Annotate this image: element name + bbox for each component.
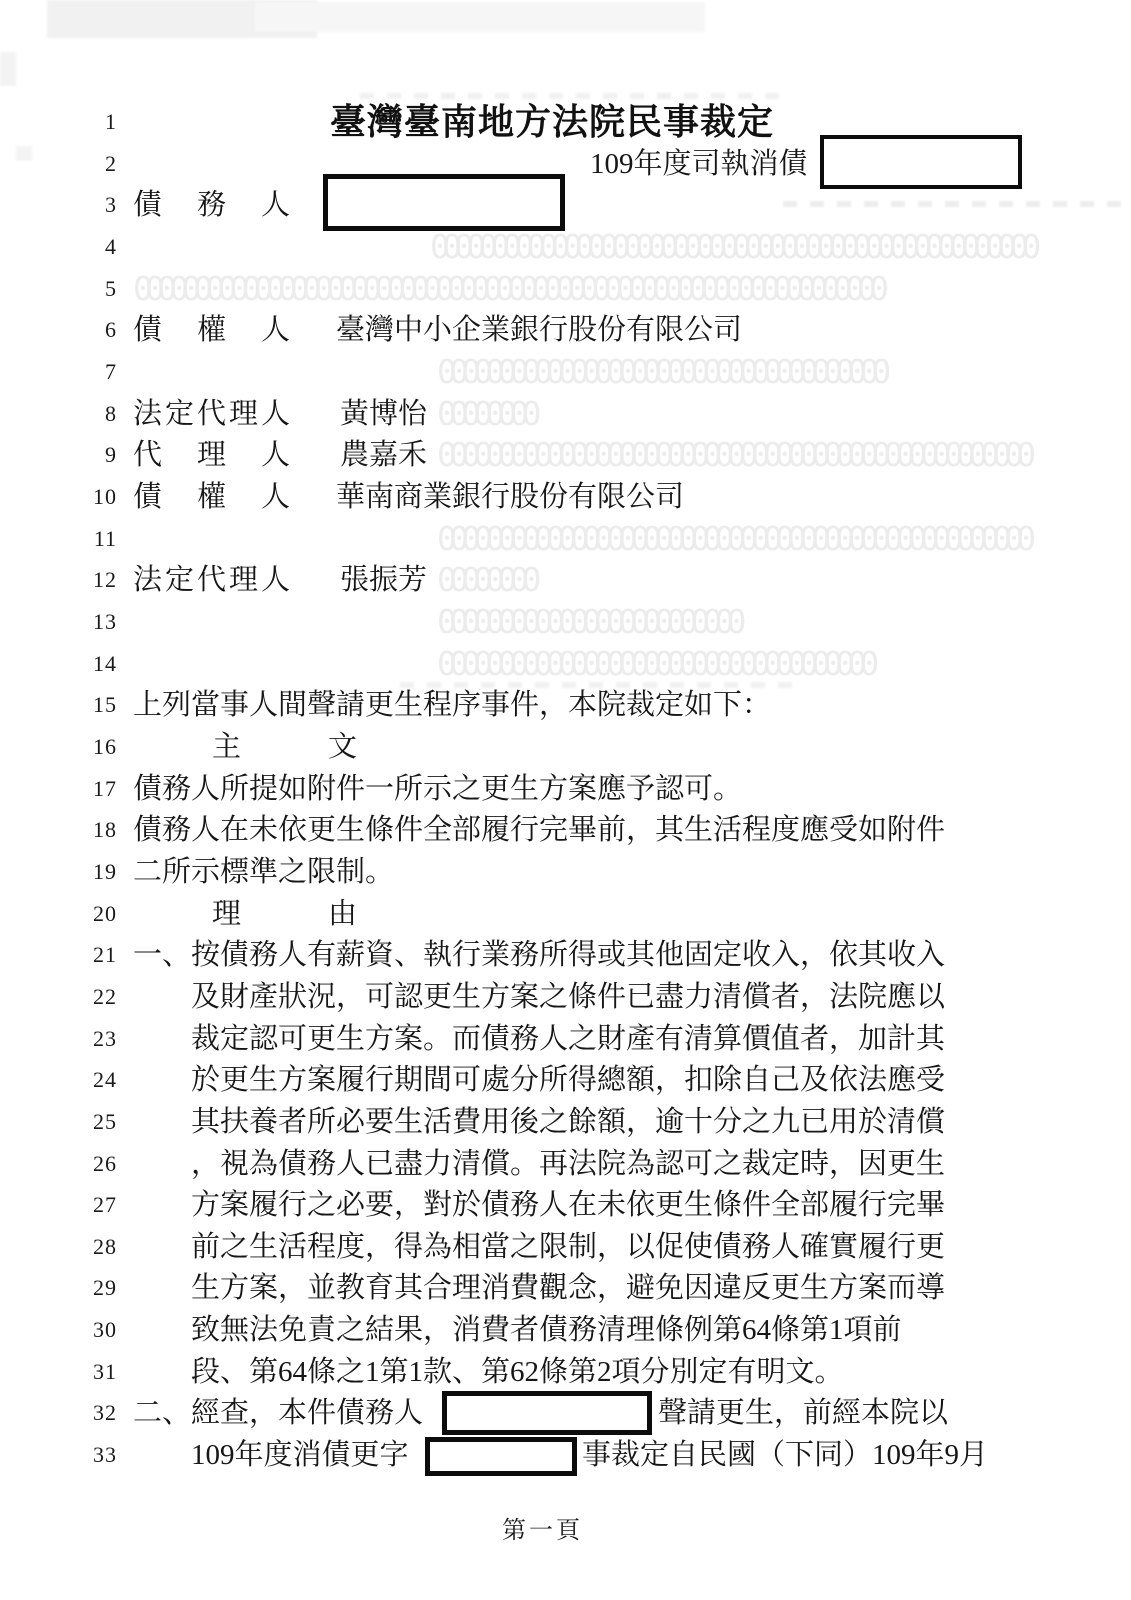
body-text: 生方案，並教育其合理消費觀念，避免因違反更生方案而導 xyxy=(191,1267,945,1309)
body-text: 華南商業銀行股份有限公司 xyxy=(336,476,684,518)
line-number: 22 xyxy=(70,976,117,1018)
line-32: 32二、經查，本件債務人聲請更生，前經本院以 xyxy=(0,1392,1131,1434)
line-number: 7 xyxy=(70,351,117,393)
line-14: 14000000000000000000000000000000000000 xyxy=(0,643,1131,685)
faded-zeros: 0000000000000000000000000000000000000 xyxy=(437,351,884,393)
line-number: 12 xyxy=(70,559,117,601)
line-number: 28 xyxy=(70,1226,117,1268)
party-label-char: 人 xyxy=(261,434,290,476)
scan-artifact xyxy=(0,52,16,86)
scan-artifact xyxy=(255,2,705,32)
line-number: 29 xyxy=(70,1267,117,1309)
body-text: 方案履行之必要，對於債務人在未依更生條件全部履行完畢 xyxy=(191,1184,945,1226)
redaction-box xyxy=(820,135,1022,189)
party-label: 代理人 xyxy=(133,434,290,476)
line-number: 15 xyxy=(70,684,117,726)
scan-artifact xyxy=(360,93,780,99)
line-number: 32 xyxy=(70,1392,117,1434)
line-13: 130000000000000000000000000 xyxy=(0,601,1131,643)
line-22: 22及財產狀況，可認更生方案之條件已盡力清償者，法院應以 xyxy=(0,976,1131,1018)
line-7: 70000000000000000000000000000000000000 xyxy=(0,351,1131,393)
line-25: 25其扶養者所必要生活費用後之餘額，逾十分之九已用於清償 xyxy=(0,1101,1131,1143)
line-number: 25 xyxy=(70,1101,117,1143)
body-text: 聲請更生，前經本院以 xyxy=(658,1392,948,1434)
party-label-char: 代 xyxy=(197,559,226,601)
line-27: 27方案履行之必要，對於債務人在未依更生條件全部履行完畢 xyxy=(0,1184,1131,1226)
line-23: 23裁定認可更生方案。而債務人之財產有清算價值者，加計其 xyxy=(0,1018,1131,1060)
party-label-char: 人 xyxy=(261,559,290,601)
party-label-char: 人 xyxy=(261,476,290,518)
line-number: 2 xyxy=(70,143,117,185)
party-label-char: 權 xyxy=(197,476,226,518)
line-number: 5 xyxy=(70,268,117,310)
party-label-char: 定 xyxy=(165,559,194,601)
line-3: 3債務人 xyxy=(0,184,1131,226)
party-label: 債權人 xyxy=(133,309,290,351)
line-8: 8法定代理人黃博怡00000000 xyxy=(0,393,1131,435)
body-text: 債務人所提如附件一所示之更生方案應予認可。 xyxy=(133,768,742,810)
redaction-box xyxy=(425,1437,577,1476)
body-text: 張振芳 xyxy=(340,559,427,601)
body-text: ，視為債務人已盡力清償。再法院為認可之裁定時，因更生 xyxy=(191,1143,945,1185)
body-text: 109年度消債更字 xyxy=(191,1434,409,1476)
party-label-char: 代 xyxy=(197,393,226,435)
line-28: 28前之生活程度，得為相當之限制，以促使債務人確實履行更 xyxy=(0,1226,1131,1268)
body-text: 主 文 xyxy=(212,726,357,768)
body-text: 致無法免責之結果，消費者債務清理條例第64條第1項前 xyxy=(191,1309,902,1351)
body-text: 109年度司執消債 xyxy=(590,143,808,185)
line-number: 31 xyxy=(70,1351,117,1393)
party-label-char: 理 xyxy=(229,393,258,435)
redaction-box xyxy=(323,174,565,231)
body-text: 黃博怡 xyxy=(340,393,427,435)
faded-zeros: 00000000 xyxy=(437,393,534,435)
line-9: 9代理人農嘉禾000000000000000000000000000000000… xyxy=(0,434,1131,476)
body-text: 及財產狀況，可認更生方案之條件已盡力清償者，法院應以 xyxy=(191,976,945,1018)
body-text: 臺灣中小企業銀行股份有限公司 xyxy=(336,309,742,351)
line-10: 10債權人華南商業銀行股份有限公司 xyxy=(0,476,1131,518)
line-number: 26 xyxy=(70,1143,117,1185)
faded-zeros: 0000000000000000000000000000000000000000… xyxy=(133,268,881,310)
body-text: 於更生方案履行期間可處分所得總額，扣除自己及依法應受 xyxy=(191,1059,945,1101)
line-33: 33109年度消債更字事裁定自民國（下同）109年9月 xyxy=(0,1434,1131,1476)
doc-title: 臺灣臺南地方法院民事裁定 xyxy=(330,101,774,143)
line-18: 18債務人在未依更生條件全部履行完畢前，其生活程度應受如附件 xyxy=(0,809,1131,851)
party-label-char: 人 xyxy=(261,309,290,351)
party-label-char: 代 xyxy=(133,434,162,476)
faded-zeros: 0000000000000000000000000 xyxy=(437,601,739,643)
party-label-char: 理 xyxy=(197,434,226,476)
line-number: 1 xyxy=(70,101,117,143)
line-2: 2109年度司執消債 xyxy=(0,143,1131,185)
line-number: 30 xyxy=(70,1309,117,1351)
body-text: 前之生活程度，得為相當之限制，以促使債務人確實履行更 xyxy=(191,1226,945,1268)
document-page: 1臺灣臺南地方法院民事裁定2109年度司執消債3債務人4000000000000… xyxy=(0,0,1131,1600)
body-text: 裁定認可更生方案。而債務人之財產有清算價值者，加計其 xyxy=(191,1018,945,1060)
line-number: 10 xyxy=(70,476,117,518)
body-text: 段、第64條之1第1款、第62條第2項分別定有明文。 xyxy=(191,1351,844,1393)
line-number: 13 xyxy=(70,601,117,643)
party-label-char: 理 xyxy=(229,559,258,601)
line-number: 4 xyxy=(70,226,117,268)
body-text: 事裁定自民國（下同）109年9月 xyxy=(582,1434,988,1476)
party-label-char: 法 xyxy=(133,559,162,601)
party-label: 法定代理人 xyxy=(133,559,290,601)
page-footer: 第一頁 xyxy=(502,1510,583,1545)
party-label-char: 債 xyxy=(133,476,162,518)
line-30: 30致無法免責之結果，消費者債務清理條例第64條第1項前 xyxy=(0,1309,1131,1351)
line-16: 16主 文 xyxy=(0,726,1131,768)
line-number: 23 xyxy=(70,1018,117,1060)
body-text: 農嘉禾 xyxy=(340,434,427,476)
line-4: 4000000000000000000000000000000000000000… xyxy=(0,226,1131,268)
party-label: 債務人 xyxy=(133,184,290,226)
party-label: 法定代理人 xyxy=(133,393,290,435)
line-number: 19 xyxy=(70,851,117,893)
line-number: 14 xyxy=(70,643,117,685)
line-number: 9 xyxy=(70,434,117,476)
faded-zeros: 0000000000000000000000000000000000000000… xyxy=(437,434,1028,476)
body-text: 其扶養者所必要生活費用後之餘額，逾十分之九已用於清償 xyxy=(191,1101,945,1143)
body-text: 二所示標準之限制。 xyxy=(133,851,394,893)
line-11: 1100000000000000000000000000000000000000… xyxy=(0,518,1131,560)
party-label: 債權人 xyxy=(133,476,290,518)
line-24: 24於更生方案履行期間可處分所得總額，扣除自己及依法應受 xyxy=(0,1059,1131,1101)
party-label-char: 定 xyxy=(165,393,194,435)
line-number: 27 xyxy=(70,1184,117,1226)
line-number: 17 xyxy=(70,768,117,810)
line-number: 21 xyxy=(70,934,117,976)
line-6: 6債權人臺灣中小企業銀行股份有限公司 xyxy=(0,309,1131,351)
line-number: 8 xyxy=(70,393,117,435)
line-number: 24 xyxy=(70,1059,117,1101)
line-31: 31段、第64條之1第1款、第62條第2項分別定有明文。 xyxy=(0,1351,1131,1393)
line-number: 6 xyxy=(70,309,117,351)
party-label-char: 債 xyxy=(133,184,162,226)
party-label-char: 務 xyxy=(197,184,226,226)
body-text: 一、按債務人有薪資、執行業務所得或其他固定收入，依其收入 xyxy=(133,934,945,976)
faded-zeros: 0000000000000000000000000000000000000000… xyxy=(437,518,1028,560)
party-label-char: 權 xyxy=(197,309,226,351)
faded-zeros: 0000000000000000000000000000000000000000… xyxy=(430,226,1033,268)
line-19: 19二所示標準之限制。 xyxy=(0,851,1131,893)
faded-zeros: 00000000 xyxy=(437,559,534,601)
body-text: 債務人在未依更生條件全部履行完畢前，其生活程度應受如附件 xyxy=(133,809,945,851)
line-number: 33 xyxy=(70,1434,117,1476)
line-21: 21一、按債務人有薪資、執行業務所得或其他固定收入，依其收入 xyxy=(0,934,1131,976)
body-text: 上列當事人間聲請更生程序事件，本院裁定如下： xyxy=(133,684,771,726)
redaction-box xyxy=(442,1391,652,1435)
body-text: 二、經查，本件債務人 xyxy=(133,1392,423,1434)
line-number: 18 xyxy=(70,809,117,851)
party-label-char: 債 xyxy=(133,309,162,351)
party-label-char: 人 xyxy=(261,393,290,435)
line-12: 12法定代理人張振芳00000000 xyxy=(0,559,1131,601)
party-label-char: 人 xyxy=(261,184,290,226)
faded-zeros: 000000000000000000000000000000000000 xyxy=(437,643,871,685)
line-15: 15上列當事人間聲請更生程序事件，本院裁定如下： xyxy=(0,684,1131,726)
line-number: 20 xyxy=(70,893,117,935)
line-5: 5000000000000000000000000000000000000000… xyxy=(0,268,1131,310)
body-text: 理 由 xyxy=(212,893,357,935)
line-number: 16 xyxy=(70,726,117,768)
party-label-char: 法 xyxy=(133,393,162,435)
line-17: 17債務人所提如附件一所示之更生方案應予認可。 xyxy=(0,768,1131,810)
line-26: 26，視為債務人已盡力清償。再法院為認可之裁定時，因更生 xyxy=(0,1143,1131,1185)
line-number: 3 xyxy=(70,184,117,226)
line-20: 20理 由 xyxy=(0,893,1131,935)
line-number: 11 xyxy=(70,518,117,560)
line-29: 29生方案，並教育其合理消費觀念，避免因違反更生方案而導 xyxy=(0,1267,1131,1309)
